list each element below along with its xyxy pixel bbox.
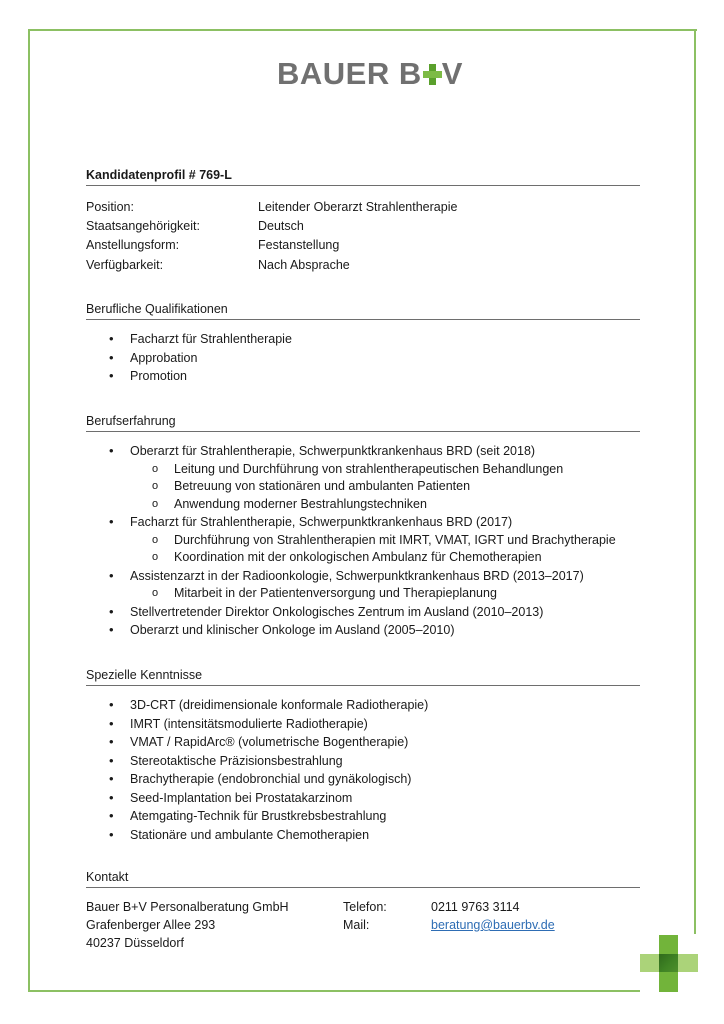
field-value: Festanstellung [258, 238, 339, 252]
field-label: Anstellungsform: [86, 238, 258, 252]
sub-list-item: Koordination mit der onkologischen Ambul… [86, 549, 646, 567]
list-item: 3D-CRT (dreidimensionale konformale Radi… [86, 696, 646, 715]
contact-block: Bauer B+V Personalberatung GmbH Telefon:… [86, 898, 646, 952]
skills-title: Spezielle Kenntnisse [86, 668, 640, 686]
logo-text-right: V [442, 56, 463, 92]
contact-title: Kontakt [86, 870, 640, 888]
contact-city: 40237 Düsseldorf [86, 936, 343, 950]
experience-title: Berufserfahrung [86, 414, 640, 432]
list-item: Approbation [86, 349, 646, 368]
profile-field-row: Verfügbarkeit:Nach Absprache [86, 255, 640, 274]
company-logo: BAUER B V [277, 56, 463, 92]
contact-street: Grafenberger Allee 293 [86, 918, 343, 932]
field-label: Staatsangehörigkeit: [86, 219, 258, 233]
list-item: Seed-Implantation bei Prostatakarzinom [86, 789, 646, 808]
phone-value: 0211 9763 3114 [431, 900, 520, 914]
sub-list-item: Mitarbeit in der Patientenversorgung und… [86, 585, 646, 603]
list-item: Stereotaktische Präzisionsbestrahlung [86, 752, 646, 771]
skills-list: 3D-CRT (dreidimensionale konformale Radi… [86, 696, 646, 844]
list-item: Promotion [86, 367, 646, 386]
list-item: VMAT / RapidArc® (volumetrische Bogenthe… [86, 733, 646, 752]
field-value: Deutsch [258, 219, 304, 233]
sub-list-item: Leitung und Durchführung von strahlenthe… [86, 461, 646, 479]
sub-list-item: Anwendung moderner Bestrahlungstechniken [86, 496, 646, 514]
sub-list-item: Durchführung von Strahlentherapien mit I… [86, 532, 646, 550]
page-frame-bottom [28, 990, 640, 992]
page-frame-right [694, 29, 696, 934]
logo-text-left: BAUER B [277, 56, 422, 92]
mail-link[interactable]: beratung@bauerbv.de [431, 918, 555, 932]
profile-title: Kandidatenprofil # 769-L [86, 168, 640, 186]
list-item: IMRT (intensitätsmodulierte Radiotherapi… [86, 715, 646, 734]
list-item: Assistenzarzt in der Radioonkologie, Sch… [86, 567, 646, 586]
qualifications-title: Berufliche Qualifikationen [86, 302, 640, 320]
contact-company: Bauer B+V Personalberatung GmbH [86, 900, 343, 914]
list-item: Stationäre und ambulante Chemotherapien [86, 826, 646, 845]
logo-plus-icon [423, 63, 441, 85]
field-value: Leitender Oberarzt Strahlentherapie [258, 200, 457, 214]
field-value: Nach Absprache [258, 258, 350, 272]
list-item: Facharzt für Strahlentherapie, Schwerpun… [86, 513, 646, 532]
list-item: Stellvertretender Direktor Onkologisches… [86, 603, 646, 622]
list-item: Oberarzt für Strahlentherapie, Schwerpun… [86, 442, 646, 461]
experience-list: Oberarzt für Strahlentherapie, Schwerpun… [86, 442, 646, 640]
qualifications-list: Facharzt für StrahlentherapieApprobation… [86, 330, 646, 386]
list-item: Atemgating-Technik für Brustkrebsbestrah… [86, 807, 646, 826]
profile-field-row: Position:Leitender Oberarzt Strahlenther… [86, 197, 640, 216]
mail-label: Mail: [343, 918, 431, 932]
field-label: Position: [86, 200, 258, 214]
profile-field-row: Staatsangehörigkeit:Deutsch [86, 216, 640, 235]
phone-label: Telefon: [343, 900, 431, 914]
list-item: Facharzt für Strahlentherapie [86, 330, 646, 349]
profile-fields: Position:Leitender Oberarzt Strahlenther… [86, 197, 640, 274]
profile-field-row: Anstellungsform:Festanstellung [86, 236, 640, 255]
sub-list-item: Betreuung von stationären und ambulanten… [86, 478, 646, 496]
list-item: Oberarzt und klinischer Onkologe im Ausl… [86, 621, 646, 640]
field-label: Verfügbarkeit: [86, 258, 258, 272]
list-item: Brachytherapie (endobronchial und gynäko… [86, 770, 646, 789]
